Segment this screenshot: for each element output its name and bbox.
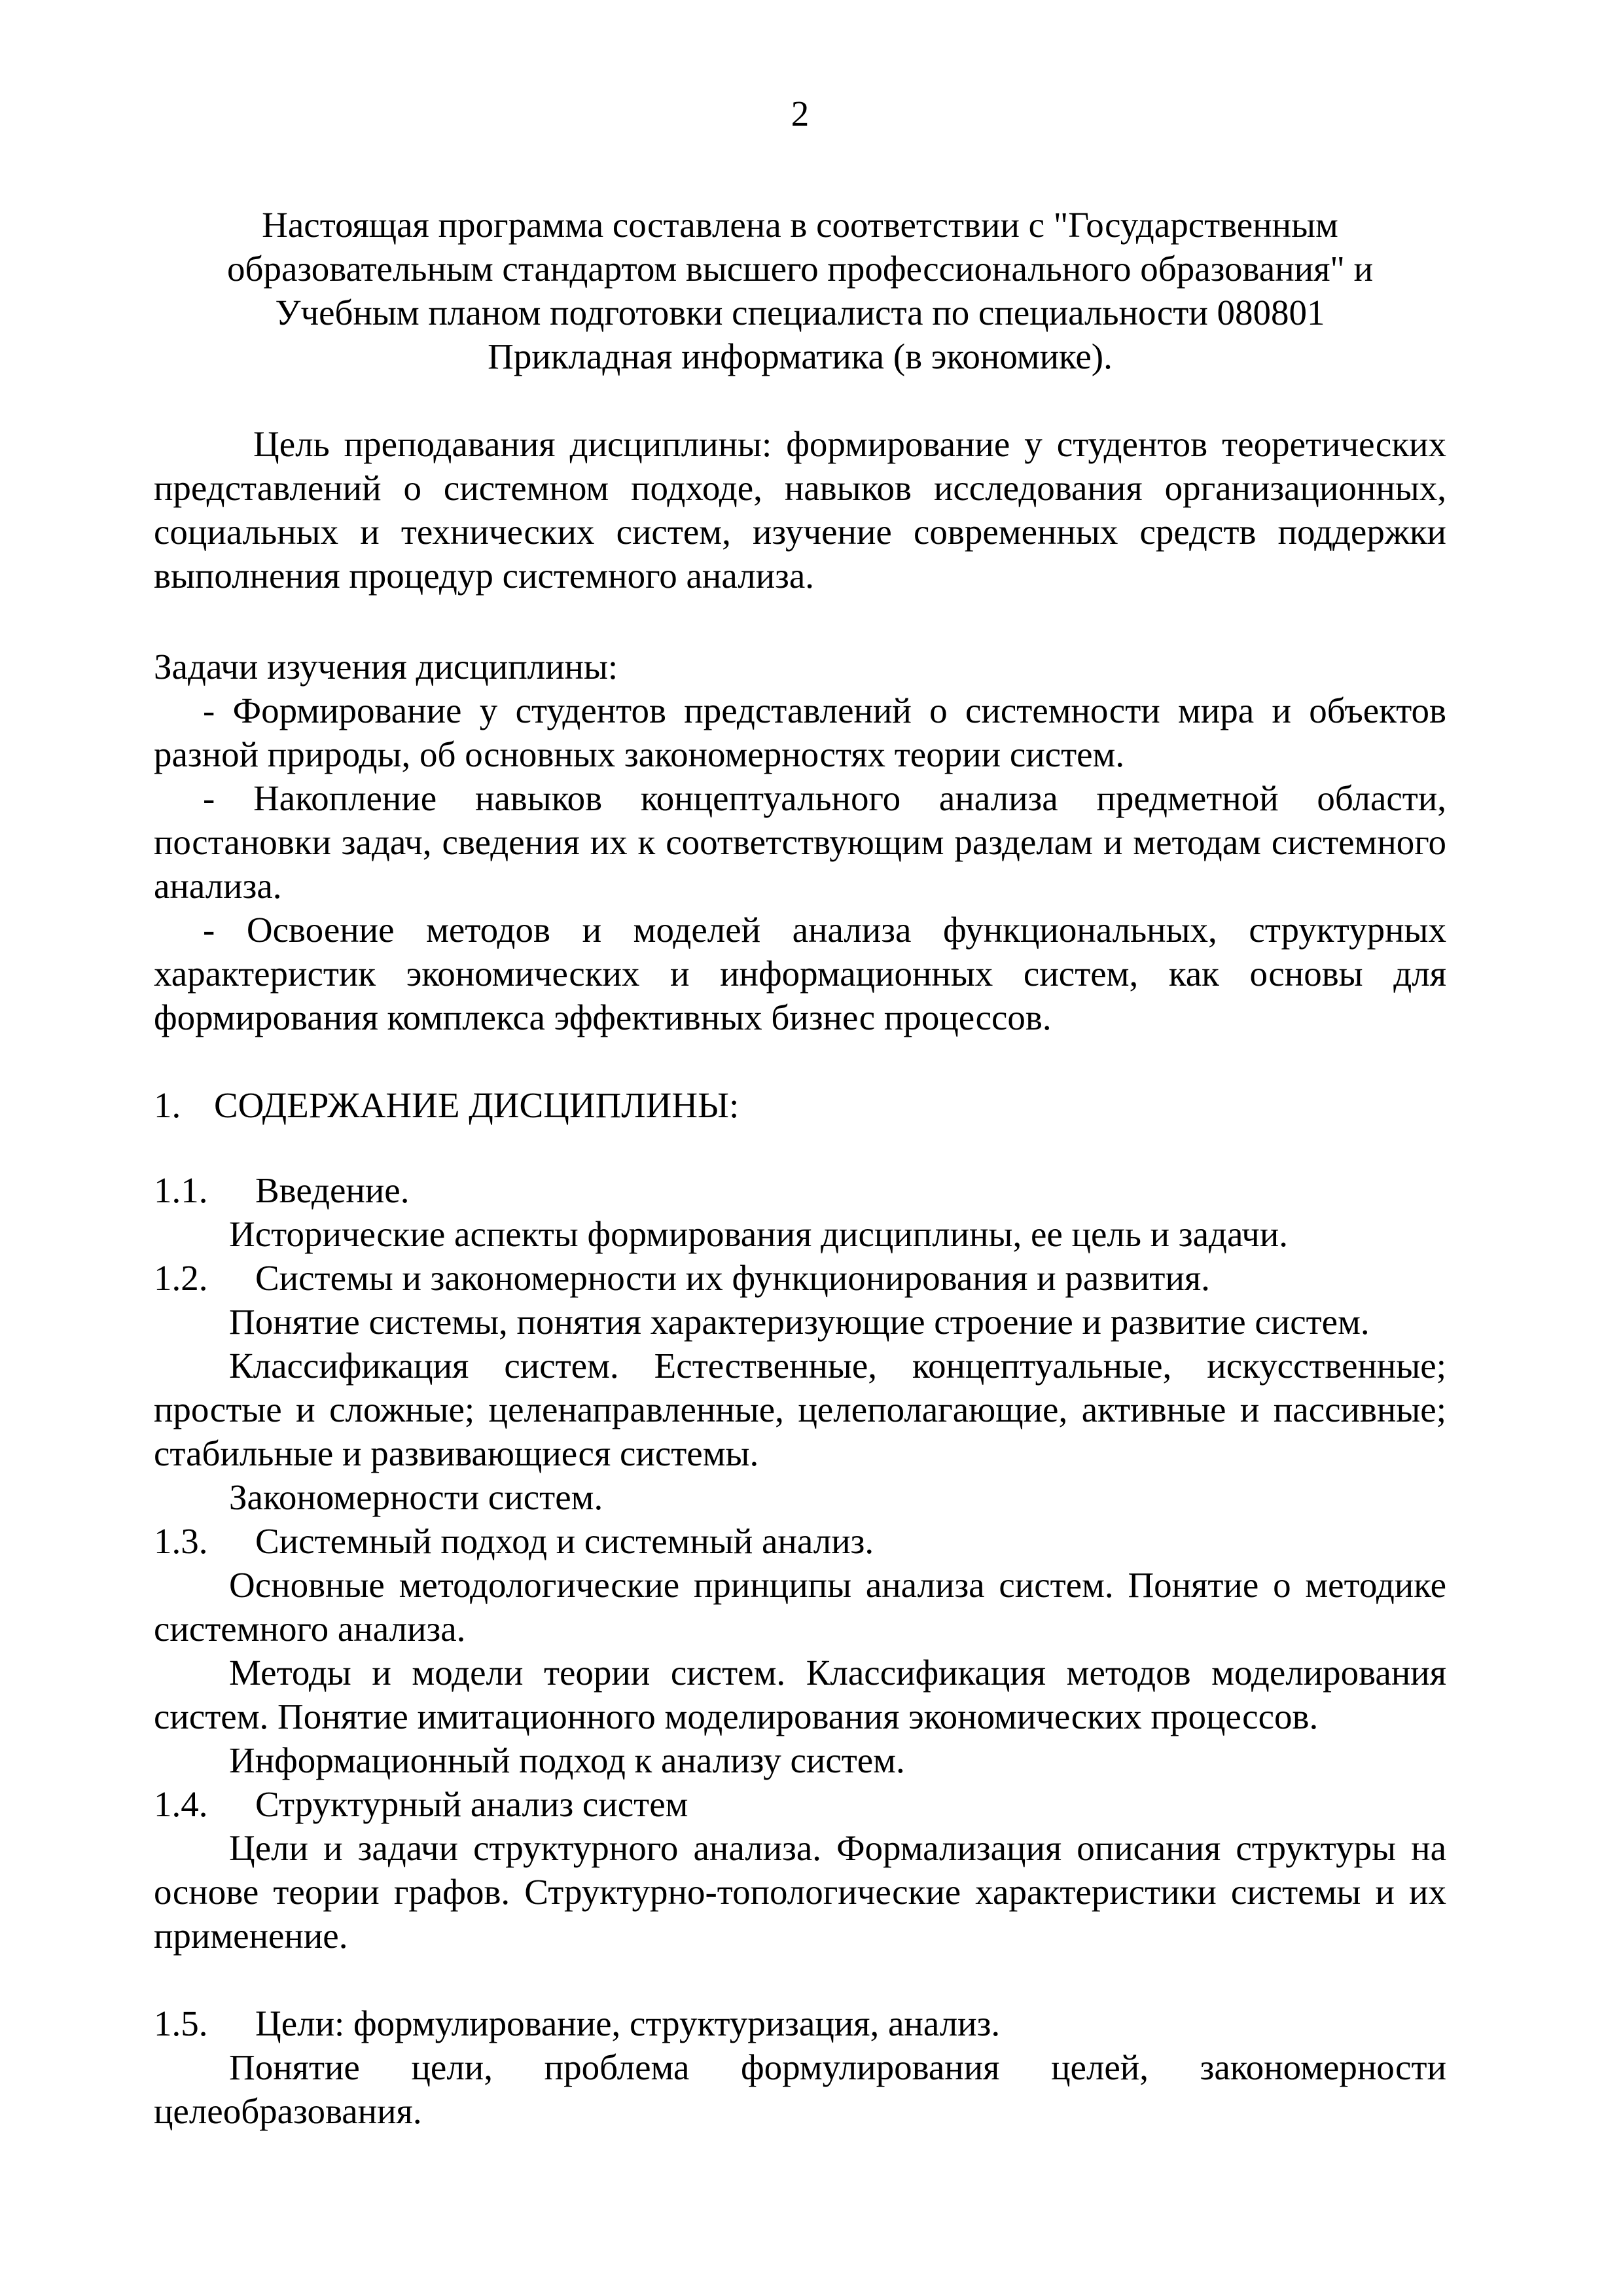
section-item-line: 1.2.Системы и закономерности их функцион… (154, 1256, 1446, 1300)
content-section: 1.3.Системный подход и системный анализ.… (154, 1519, 1446, 1782)
section-number: 1.3. (154, 1519, 255, 1563)
section-paragraph: Классификация систем. Естественные, конц… (154, 1344, 1446, 1475)
task-item: - Накопление навыков концептуального ана… (154, 776, 1446, 908)
content-section: 1.1.Введение.Исторические аспекты формир… (154, 1168, 1446, 1256)
content-sections: 1.1.Введение.Исторические аспекты формир… (154, 1168, 1446, 2133)
section-number: 1.2. (154, 1256, 255, 1300)
section-paragraph: Методы и модели теории систем. Классифик… (154, 1651, 1446, 1738)
section-paragraph: Исторические аспекты формирования дисцип… (154, 1212, 1446, 1256)
section-title: Введение. (255, 1168, 409, 1212)
section-paragraph: Основные методологические принципы анали… (154, 1563, 1446, 1651)
section-item-line: 1.5.Цели: формулирование, структуризация… (154, 2001, 1446, 2045)
task-item: - Освоение методов и моделей анализа фун… (154, 908, 1446, 1039)
tasks-block: Задачи изучения дисциплины: - Формирован… (154, 645, 1446, 1039)
task-item: - Формирование у студентов представлений… (154, 689, 1446, 776)
section-paragraph: Понятие системы, понятия характеризующие… (154, 1300, 1446, 1344)
section-number: 1.4. (154, 1782, 255, 1826)
document-page: 2 Настоящая программа составлена в соотв… (0, 0, 1623, 2296)
section-title: Системы и закономерности их функциониров… (255, 1256, 1210, 1300)
section-number: 1.1. (154, 1168, 255, 1212)
content-heading: 1. СОДЕРЖАНИЕ ДИСЦИПЛИНЫ: (154, 1083, 1446, 1127)
intro-line: Учебным планом подготовки специалиста по… (154, 291, 1446, 334)
section-item-line: 1.1.Введение. (154, 1168, 1446, 1212)
content-section: 1.5.Цели: формулирование, структуризация… (154, 2001, 1446, 2133)
section-paragraph: Информационный подход к анализу систем. (154, 1738, 1446, 1782)
content-heading-number: 1. (154, 1083, 214, 1127)
section-title: Структурный анализ систем (255, 1782, 688, 1826)
goal-paragraph: Цель преподавания дисциплины: формирован… (154, 422, 1446, 598)
section-paragraph: Понятие цели, проблема формулирования це… (154, 2045, 1446, 2133)
intro-line: Прикладная информатика (в экономике). (154, 334, 1446, 378)
section-number: 1.5. (154, 2001, 255, 2045)
content-section: 1.4.Структурный анализ системЦели и зада… (154, 1782, 1446, 1958)
section-paragraph: Закономерности систем. (154, 1475, 1446, 1519)
intro-line: Настоящая программа составлена в соответ… (154, 203, 1446, 247)
section-title: Цели: формулирование, структуризация, ан… (255, 2001, 1000, 2045)
tasks-header: Задачи изучения дисциплины: (154, 645, 1446, 689)
tasks-list: - Формирование у студентов представлений… (154, 689, 1446, 1039)
content-section: 1.2.Системы и закономерности их функцион… (154, 1256, 1446, 1519)
section-title: Системный подход и системный анализ. (255, 1519, 874, 1563)
page-number: 2 (154, 92, 1446, 135)
section-item-line: 1.3.Системный подход и системный анализ. (154, 1519, 1446, 1563)
section-paragraph: Цели и задачи структурного анализа. Форм… (154, 1826, 1446, 1958)
intro-paragraph: Настоящая программа составлена в соответ… (154, 203, 1446, 378)
content-heading-text: СОДЕРЖАНИЕ ДИСЦИПЛИНЫ: (214, 1083, 739, 1127)
section-item-line: 1.4.Структурный анализ систем (154, 1782, 1446, 1826)
intro-line: образовательным стандартом высшего профе… (154, 247, 1446, 291)
